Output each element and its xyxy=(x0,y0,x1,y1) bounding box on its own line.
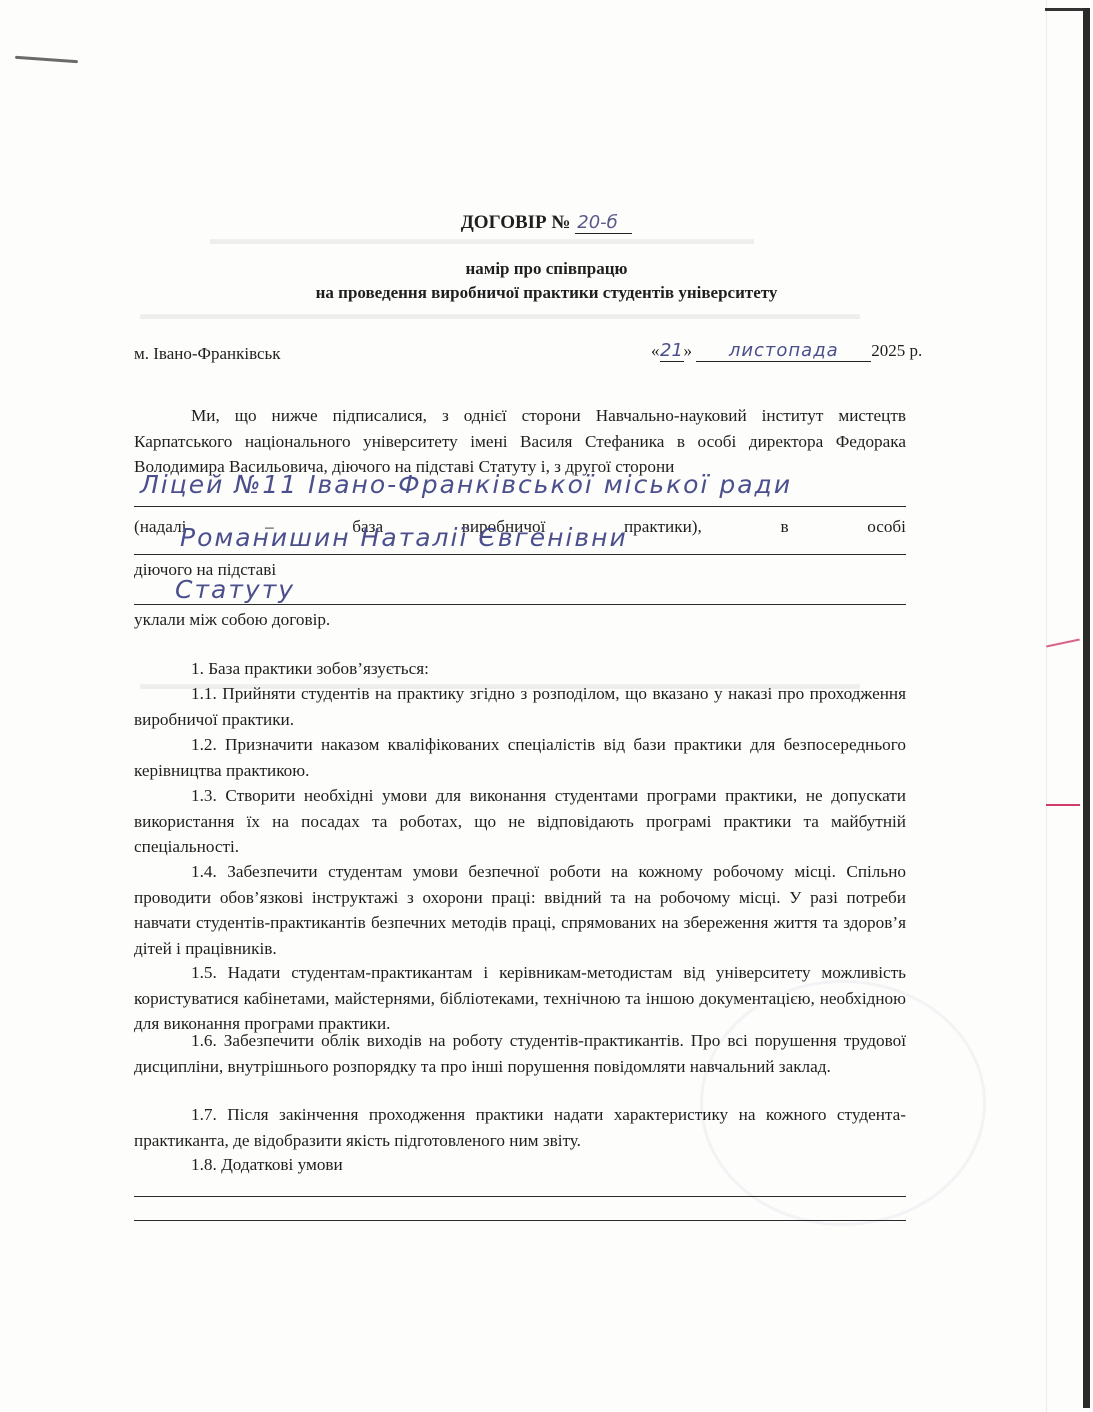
word: (надалі xyxy=(134,517,186,537)
contract-date: «21» листопада2025 р. xyxy=(651,340,922,362)
concluded-text: уклали між собою договір. xyxy=(134,607,906,633)
word: практики), xyxy=(624,517,702,537)
fill-line xyxy=(134,604,906,605)
date-month-field[interactable]: листопада xyxy=(696,340,871,362)
additional-terms-line-2[interactable] xyxy=(134,1220,906,1221)
quote-open: « xyxy=(651,341,660,360)
additional-terms-line-1[interactable] xyxy=(134,1196,906,1197)
section-1-heading: 1. База практики зобов’язується: xyxy=(134,656,906,682)
stray-pen-mark xyxy=(15,56,78,63)
clause-1-8: 1.8. Додаткові умови xyxy=(134,1152,906,1178)
fill-line xyxy=(134,506,906,507)
contract-title-text: ДОГОВІР № xyxy=(461,212,571,233)
word: в xyxy=(780,517,788,537)
basis-document-field[interactable]: Статуту xyxy=(175,575,295,604)
quote-close: » xyxy=(684,341,693,360)
intro-paragraph: Ми, що нижче підписалися, з однієї сторо… xyxy=(134,403,906,480)
subtitle-line-2: на проведення виробничої практики студен… xyxy=(0,283,1093,303)
date-year: 2025 р. xyxy=(871,341,922,360)
clause-1-2: 1.2. Призначити наказом кваліфікованих с… xyxy=(134,732,906,783)
clause-1-7: 1.7. Після закінчення проходження практи… xyxy=(134,1102,906,1153)
representative-name-field[interactable]: Романишин Наталії Євгенівни xyxy=(180,523,628,552)
fill-line xyxy=(134,554,906,555)
contract-title: ДОГОВІР № 20-б xyxy=(0,212,1093,234)
subtitle-line-1: намір про співпрацю xyxy=(0,259,1093,279)
clause-1-4: 1.4. Забезпечити студентам умови безпечн… xyxy=(134,859,906,961)
city: м. Івано-Франківськ xyxy=(134,344,281,364)
bleed-through-text: ▬▬▬▬▬▬▬▬▬▬▬▬▬▬▬▬▬▬▬▬▬▬▬▬▬▬▬▬▬▬▬▬▬▬▬▬▬▬▬▬… xyxy=(140,300,860,329)
stray-pen-mark xyxy=(1046,804,1080,806)
clause-1-6: 1.6. Забезпечити облік виходів на роботу… xyxy=(134,1028,906,1079)
clause-1-5: 1.5. Надати студентам-практикантам і кер… xyxy=(134,960,906,1037)
clause-1-1: 1.1. Прийняти студентів на практику згід… xyxy=(134,681,906,732)
clause-1-3: 1.3. Створити необхідні умови для викона… xyxy=(134,783,906,860)
word: особі xyxy=(867,517,906,537)
stray-pen-mark xyxy=(1046,638,1080,647)
date-day-field[interactable]: 21 xyxy=(660,340,684,362)
contract-number-field[interactable]: 20-б xyxy=(575,213,632,234)
base-name-field[interactable]: Ліцей №11 Івано-Франківської міської рад… xyxy=(140,470,792,499)
